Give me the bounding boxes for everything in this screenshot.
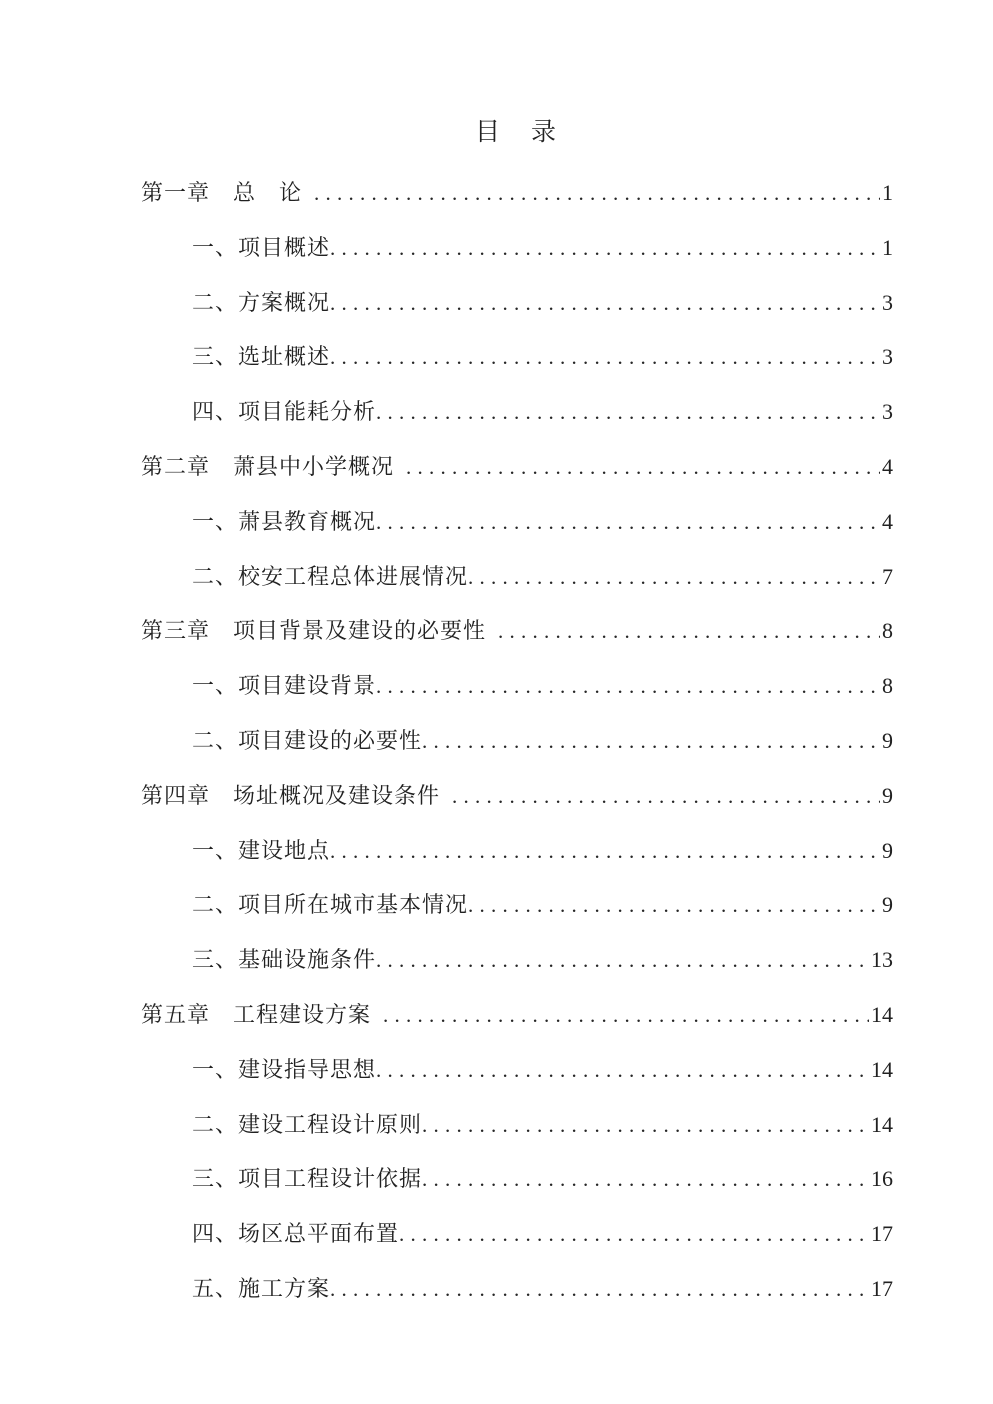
toc-leader-dots: . . . . . . . . . . . . . . . . . . . . …: [376, 495, 880, 550]
toc-page-number: 9: [880, 769, 893, 824]
toc-leader-dots: . . . . . . . . . . . . . . . . . . . . …: [376, 1043, 869, 1098]
toc-entry-label: 二、建设工程设计原则: [192, 1098, 422, 1153]
toc-page-number: 14: [869, 1098, 893, 1153]
toc-page-number: 17: [869, 1207, 893, 1262]
toc-page-number: 8: [880, 659, 893, 714]
toc-row[interactable]: 二、项目建设的必要性 . . . . . . . . . . . . . . .…: [141, 714, 893, 769]
toc-entry-label: 一、项目建设背景: [192, 659, 376, 714]
toc-leader-dots: . . . . . . . . . . . . . . . . . . . . …: [468, 550, 880, 605]
toc-entry-label: 第四章 场址概况及建设条件: [141, 769, 440, 824]
toc-entry-label: 二、方案概况: [192, 276, 330, 331]
toc-page-number: 14: [869, 988, 893, 1043]
toc-entry-label: 二、项目所在城市基本情况: [192, 878, 468, 933]
toc-leader-dots: . . . . . . . . . . . . . . . . . . . . …: [406, 440, 880, 495]
toc-leader-dots: . . . . . . . . . . . . . . . . . . . . …: [376, 659, 880, 714]
toc-leader-dots: . . . . . . . . . . . . . . . . . . . . …: [376, 933, 869, 988]
toc-row[interactable]: 二、校安工程总体进展情况 . . . . . . . . . . . . . .…: [141, 550, 893, 605]
toc-entry-label: 第三章 项目背景及建设的必要性: [141, 604, 486, 659]
toc-page-number: 7: [880, 550, 893, 605]
toc-row[interactable]: 三、项目工程设计依据 . . . . . . . . . . . . . . .…: [141, 1152, 893, 1207]
toc-entry-label: 一、建设地点: [192, 824, 330, 879]
toc-page-number: 4: [880, 495, 893, 550]
toc-entry-label: 四、场区总平面布置: [192, 1207, 399, 1262]
toc-page-number: 3: [880, 276, 893, 331]
toc-page-number: 3: [880, 385, 893, 440]
toc-leader-dots: . . . . . . . . . . . . . . . . . . . . …: [330, 824, 880, 879]
toc-entry-label: 二、项目建设的必要性: [192, 714, 422, 769]
toc-entry-label: 三、选址概述: [192, 330, 330, 385]
toc-page-number: 9: [880, 824, 893, 879]
toc-row[interactable]: 第五章 工程建设方案 . . . . . . . . . . . . . . .…: [141, 988, 893, 1043]
toc-page-number: 16: [869, 1152, 893, 1207]
toc-row[interactable]: 一、萧县教育概况 . . . . . . . . . . . . . . . .…: [141, 495, 893, 550]
toc-leader-dots: . . . . . . . . . . . . . . . . . . . . …: [399, 1207, 869, 1262]
document-page: 目 录 第一章 总 论 . . . . . . . . . . . . . . …: [0, 0, 993, 1404]
toc-row[interactable]: 五、施工方案 . . . . . . . . . . . . . . . . .…: [141, 1262, 893, 1317]
toc-entry-label: 第一章 总 论: [141, 166, 302, 221]
toc-row[interactable]: 四、场区总平面布置 . . . . . . . . . . . . . . . …: [141, 1207, 893, 1262]
toc-leader-dots: . . . . . . . . . . . . . . . . . . . . …: [468, 878, 880, 933]
toc-leader-dots: . . . . . . . . . . . . . . . . . . . . …: [330, 221, 880, 276]
toc-leader-dots: . . . . . . . . . . . . . . . . . . . . …: [376, 385, 880, 440]
toc-row[interactable]: 一、项目概述 . . . . . . . . . . . . . . . . .…: [141, 221, 893, 276]
toc-page-number: 1: [880, 166, 893, 221]
toc-row[interactable]: 三、选址概述 . . . . . . . . . . . . . . . . .…: [141, 330, 893, 385]
toc-page-number: 1: [880, 221, 893, 276]
toc-row[interactable]: 第三章 项目背景及建设的必要性 . . . . . . . . . . . . …: [141, 604, 893, 659]
toc-entry-label: 四、项目能耗分析: [192, 385, 376, 440]
toc-row[interactable]: 二、项目所在城市基本情况 . . . . . . . . . . . . . .…: [141, 878, 893, 933]
toc-leader-dots: . . . . . . . . . . . . . . . . . . . . …: [422, 714, 880, 769]
toc-row[interactable]: 二、建设工程设计原则 . . . . . . . . . . . . . . .…: [141, 1098, 893, 1153]
toc-page-number: 9: [880, 714, 893, 769]
toc-leader-dots: . . . . . . . . . . . . . . . . . . . . …: [452, 769, 880, 824]
toc-page-number: 3: [880, 330, 893, 385]
toc-leader-dots: . . . . . . . . . . . . . . . . . . . . …: [422, 1098, 869, 1153]
toc-leader-dots: . . . . . . . . . . . . . . . . . . . . …: [422, 1152, 869, 1207]
toc-entry-label: 一、建设指导思想: [192, 1043, 376, 1098]
toc-row[interactable]: 四、项目能耗分析 . . . . . . . . . . . . . . . .…: [141, 385, 893, 440]
toc-leader-dots: . . . . . . . . . . . . . . . . . . . . …: [330, 330, 880, 385]
toc-row[interactable]: 第一章 总 论 . . . . . . . . . . . . . . . . …: [141, 166, 893, 221]
toc-entry-label: 三、基础设施条件: [192, 933, 376, 988]
toc-page-number: 4: [880, 440, 893, 495]
toc-leader-dots: . . . . . . . . . . . . . . . . . . . . …: [498, 604, 880, 659]
toc-leader-dots: . . . . . . . . . . . . . . . . . . . . …: [330, 276, 880, 331]
toc-row[interactable]: 二、方案概况 . . . . . . . . . . . . . . . . .…: [141, 276, 893, 331]
toc-entry-label: 五、施工方案: [192, 1262, 330, 1317]
toc-row[interactable]: 一、建设指导思想 . . . . . . . . . . . . . . . .…: [141, 1043, 893, 1098]
toc-leader-dots: . . . . . . . . . . . . . . . . . . . . …: [330, 1262, 869, 1317]
toc-page-number: 13: [869, 933, 893, 988]
toc-entry-label: 一、萧县教育概况: [192, 495, 376, 550]
toc-entry-label: 一、项目概述: [192, 221, 330, 276]
toc-leader-dots: . . . . . . . . . . . . . . . . . . . . …: [314, 166, 880, 221]
toc-row[interactable]: 第二章 萧县中小学概况 . . . . . . . . . . . . . . …: [141, 440, 893, 495]
toc-entry-label: 三、项目工程设计依据: [192, 1152, 422, 1207]
toc-page-number: 14: [869, 1043, 893, 1098]
toc-entry-label: 第二章 萧县中小学概况: [141, 440, 394, 495]
toc-entry-label: 第五章 工程建设方案: [141, 988, 371, 1043]
toc-leader-dots: . . . . . . . . . . . . . . . . . . . . …: [383, 988, 869, 1043]
toc-row[interactable]: 一、项目建设背景 . . . . . . . . . . . . . . . .…: [141, 659, 893, 714]
toc-page-number: 9: [880, 878, 893, 933]
toc-list: 第一章 总 论 . . . . . . . . . . . . . . . . …: [141, 166, 893, 1317]
toc-row[interactable]: 第四章 场址概况及建设条件 . . . . . . . . . . . . . …: [141, 769, 893, 824]
toc-page-number: 8: [880, 604, 893, 659]
toc-entry-label: 二、校安工程总体进展情况: [192, 550, 468, 605]
toc-row[interactable]: 三、基础设施条件 . . . . . . . . . . . . . . . .…: [141, 933, 893, 988]
toc-title: 目 录: [141, 112, 893, 154]
toc-row[interactable]: 一、建设地点 . . . . . . . . . . . . . . . . .…: [141, 824, 893, 879]
toc-page-number: 17: [869, 1262, 893, 1317]
